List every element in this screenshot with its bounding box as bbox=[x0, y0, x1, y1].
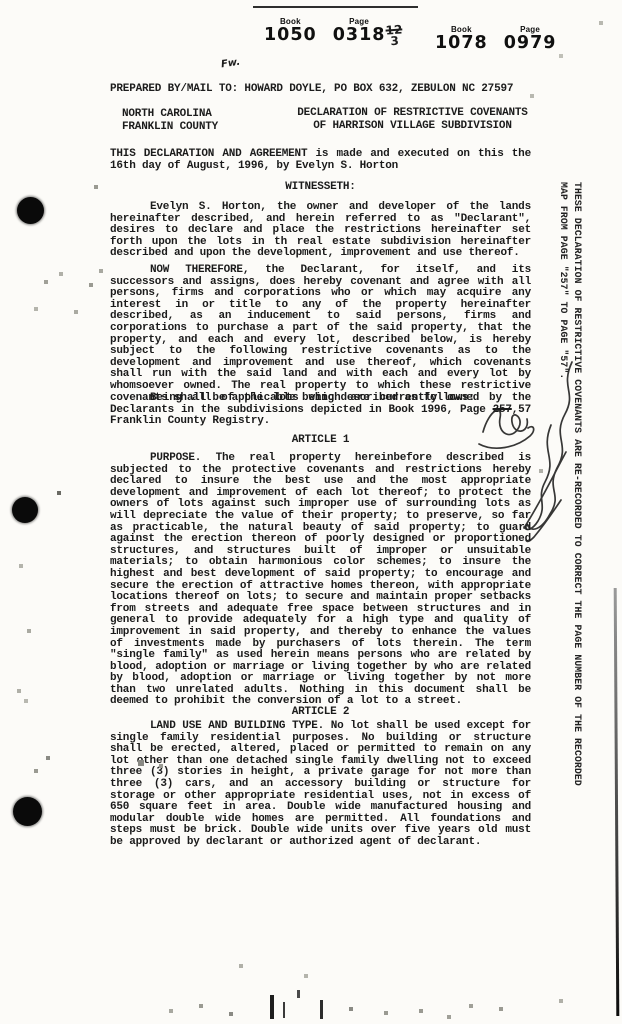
state-county-block: NORTH CAROLINA FRANKLIN COUNTY bbox=[122, 108, 218, 133]
scan-edge-line bbox=[614, 588, 619, 1016]
hole-punch-middle bbox=[12, 497, 38, 523]
intro-paragraph: THIS DECLARATION AND AGREEMENT is made a… bbox=[110, 149, 531, 172]
witnesseth-heading: WITNESSETH: bbox=[110, 182, 531, 194]
article-2-heading: ARTICLE 2 bbox=[110, 707, 531, 719]
rerecording-note-line-2: MAP FROM PAGE "257" TO PAGE "57". bbox=[556, 182, 570, 786]
handwritten-fw-note: Fw. bbox=[220, 57, 241, 71]
paragraph-declarant: Evelyn S. Horton, the owner and develope… bbox=[110, 202, 531, 260]
recording-stamp-first: Book 1050 Page 0318 bbox=[264, 17, 385, 45]
stamp-edge-line bbox=[253, 6, 418, 8]
book-number: 1050 bbox=[264, 26, 317, 45]
document-page: Book 1050 Page 0318 12 3 Book 1078 Page … bbox=[0, 0, 622, 1024]
scan-smudge bbox=[270, 995, 274, 1019]
paragraph-now-therefore: NOW THEREFORE, the Declarant, for itself… bbox=[110, 265, 531, 404]
article-1-heading: ARTICLE 1 bbox=[110, 435, 531, 447]
paragraph-property-description: Being all of the lots which are currentl… bbox=[110, 393, 531, 428]
page-number: 0979 bbox=[504, 34, 557, 53]
description-text-before: Being all of the lots which are currentl… bbox=[110, 392, 531, 416]
page-column: Page 0318 bbox=[333, 17, 386, 45]
prepared-by-line: PREPARED BY/MAIL TO: HOWARD DOYLE, PO BO… bbox=[110, 83, 513, 95]
book-column: Book 1050 bbox=[264, 17, 317, 45]
scan-smudge bbox=[297, 990, 300, 998]
scan-smudge bbox=[320, 1000, 323, 1019]
state-line: NORTH CAROLINA bbox=[122, 108, 218, 121]
document-title: DECLARATION OF RESTRICTIVE COVENANTS OF … bbox=[296, 107, 529, 132]
page-number: 0318 bbox=[333, 26, 386, 45]
county-line: FRANKLIN COUNTY bbox=[122, 121, 218, 134]
paragraph-land-use: LAND USE AND BUILDING TYPE. No lot shall… bbox=[110, 721, 531, 849]
recording-stamp-second: Book 1078 Page 0979 bbox=[435, 25, 556, 53]
handwritten-fraction: 12 3 bbox=[385, 24, 403, 47]
book-number: 1078 bbox=[435, 34, 488, 53]
struck-page-number: 257 bbox=[493, 404, 512, 416]
hole-punch-bottom bbox=[13, 797, 42, 826]
title-line-2: OF HARRISON VILLAGE SUBDIVISION bbox=[296, 120, 529, 133]
paragraph-purpose: PURPOSE. The real property hereinbefore … bbox=[110, 453, 531, 708]
title-line-1: DECLARATION OF RESTRICTIVE COVENANTS bbox=[296, 107, 529, 120]
book-column: Book 1078 bbox=[435, 25, 488, 53]
scan-smudge bbox=[283, 1002, 285, 1018]
page-column: Page 0979 bbox=[504, 25, 557, 53]
scan-noise-speckles bbox=[0, 0, 2, 2]
rerecording-note-line-1: THESE DECLARATION OF RESTRICTIVE COVENAN… bbox=[570, 182, 584, 786]
hole-punch-top bbox=[17, 197, 44, 224]
vertical-rerecording-note: THESE DECLARATION OF RESTRICTIVE COVENAN… bbox=[556, 182, 584, 786]
